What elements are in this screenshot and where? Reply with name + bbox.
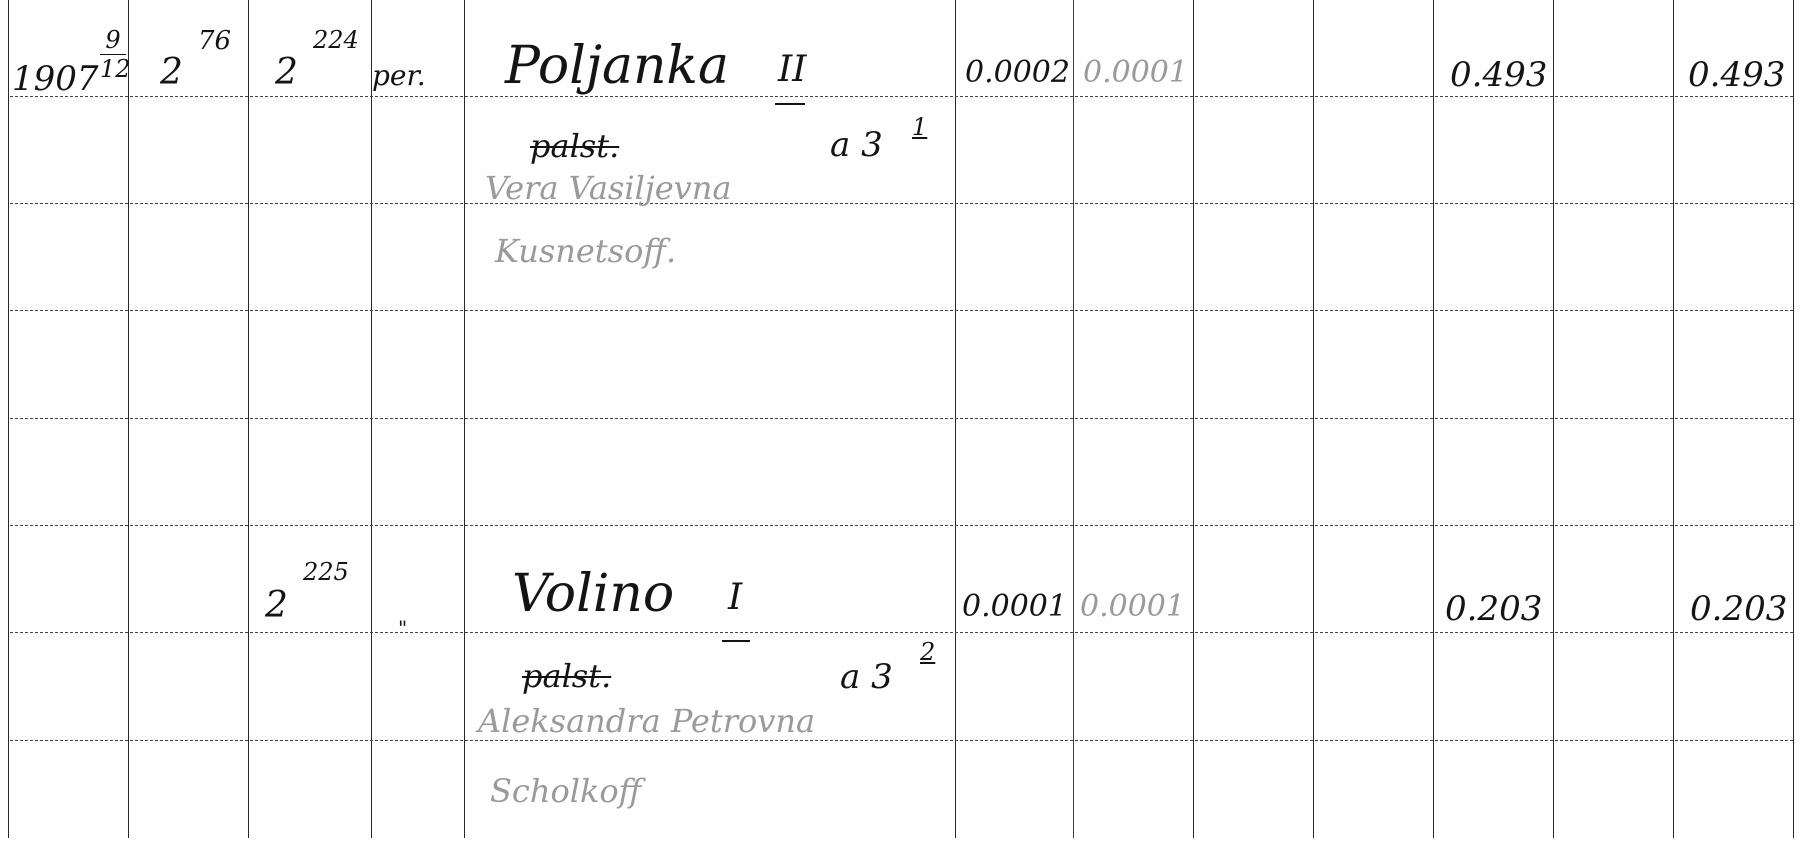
entry-type: per. [372, 62, 426, 90]
place-numeral: I [728, 580, 742, 616]
column-rule [1073, 0, 1074, 838]
value-col-e: 0.493 [1450, 58, 1547, 92]
column-rule [1673, 0, 1674, 838]
row-rule [10, 740, 1793, 741]
place-name: Poljanka [505, 40, 729, 92]
ditto-mark: " [398, 618, 407, 638]
column-rule [1433, 0, 1434, 838]
ref2-superscript: 225 [303, 560, 349, 584]
column-rule [248, 0, 249, 838]
row-rule [10, 310, 1793, 311]
value-col-a: 0.0001 [962, 592, 1067, 622]
lot-superscript: 1 [912, 115, 927, 139]
entry-date-fraction: 9 12 [100, 28, 126, 81]
value-col-e: 0.203 [1445, 592, 1542, 626]
ref2-superscript: 224 [313, 28, 359, 52]
fraction-numerator: 9 [105, 26, 120, 54]
column-rule [1193, 0, 1194, 838]
lot-label: a 3 [840, 660, 893, 694]
value-col-a: 0.0002 [965, 58, 1070, 88]
column-rule [371, 0, 372, 838]
struck-word: palst. [522, 660, 611, 692]
owner-name-line1: Vera Vasiljevna [485, 172, 731, 204]
column-rule [8, 0, 9, 838]
value-col-g: 0.203 [1690, 592, 1787, 626]
row-rule [10, 418, 1793, 419]
row-rule [10, 632, 1793, 633]
value-col-b: 0.0001 [1080, 592, 1185, 622]
ref2-base: 2 [275, 55, 298, 91]
numeral-underline [722, 640, 750, 642]
column-rule [1313, 0, 1314, 838]
row-rule [10, 525, 1793, 526]
place-numeral: II [778, 52, 806, 88]
value-col-b: 0.0001 [1083, 58, 1188, 88]
value-col-g: 0.493 [1688, 58, 1785, 92]
ledger-page: 1907 9 12 2 76 2 224 per. Poljanka II pa… [0, 0, 1808, 843]
column-rule [464, 0, 465, 838]
column-rule [1553, 0, 1554, 838]
column-rule [128, 0, 129, 838]
lot-label: a 3 [830, 128, 883, 162]
ref2-base: 2 [265, 588, 288, 624]
row-rule [10, 96, 1793, 97]
owner-name-line2: Kusnetsoff. [495, 235, 676, 267]
entry-date-year: 1907 [12, 62, 99, 96]
column-rule [1793, 0, 1794, 838]
ref1-base: 2 [160, 55, 183, 91]
column-rule [955, 0, 956, 838]
row-rule [10, 203, 1793, 204]
lot-superscript: 2 [920, 640, 935, 664]
fraction-denominator: 12 [100, 55, 131, 83]
ref1-superscript: 76 [198, 28, 231, 54]
owner-name-line1: Aleksandra Petrovna [478, 705, 815, 737]
owner-name-line2: Scholkoff [490, 775, 641, 807]
place-name: Volino [512, 568, 674, 620]
struck-word: palst. [530, 130, 619, 162]
numeral-underline [775, 103, 805, 105]
